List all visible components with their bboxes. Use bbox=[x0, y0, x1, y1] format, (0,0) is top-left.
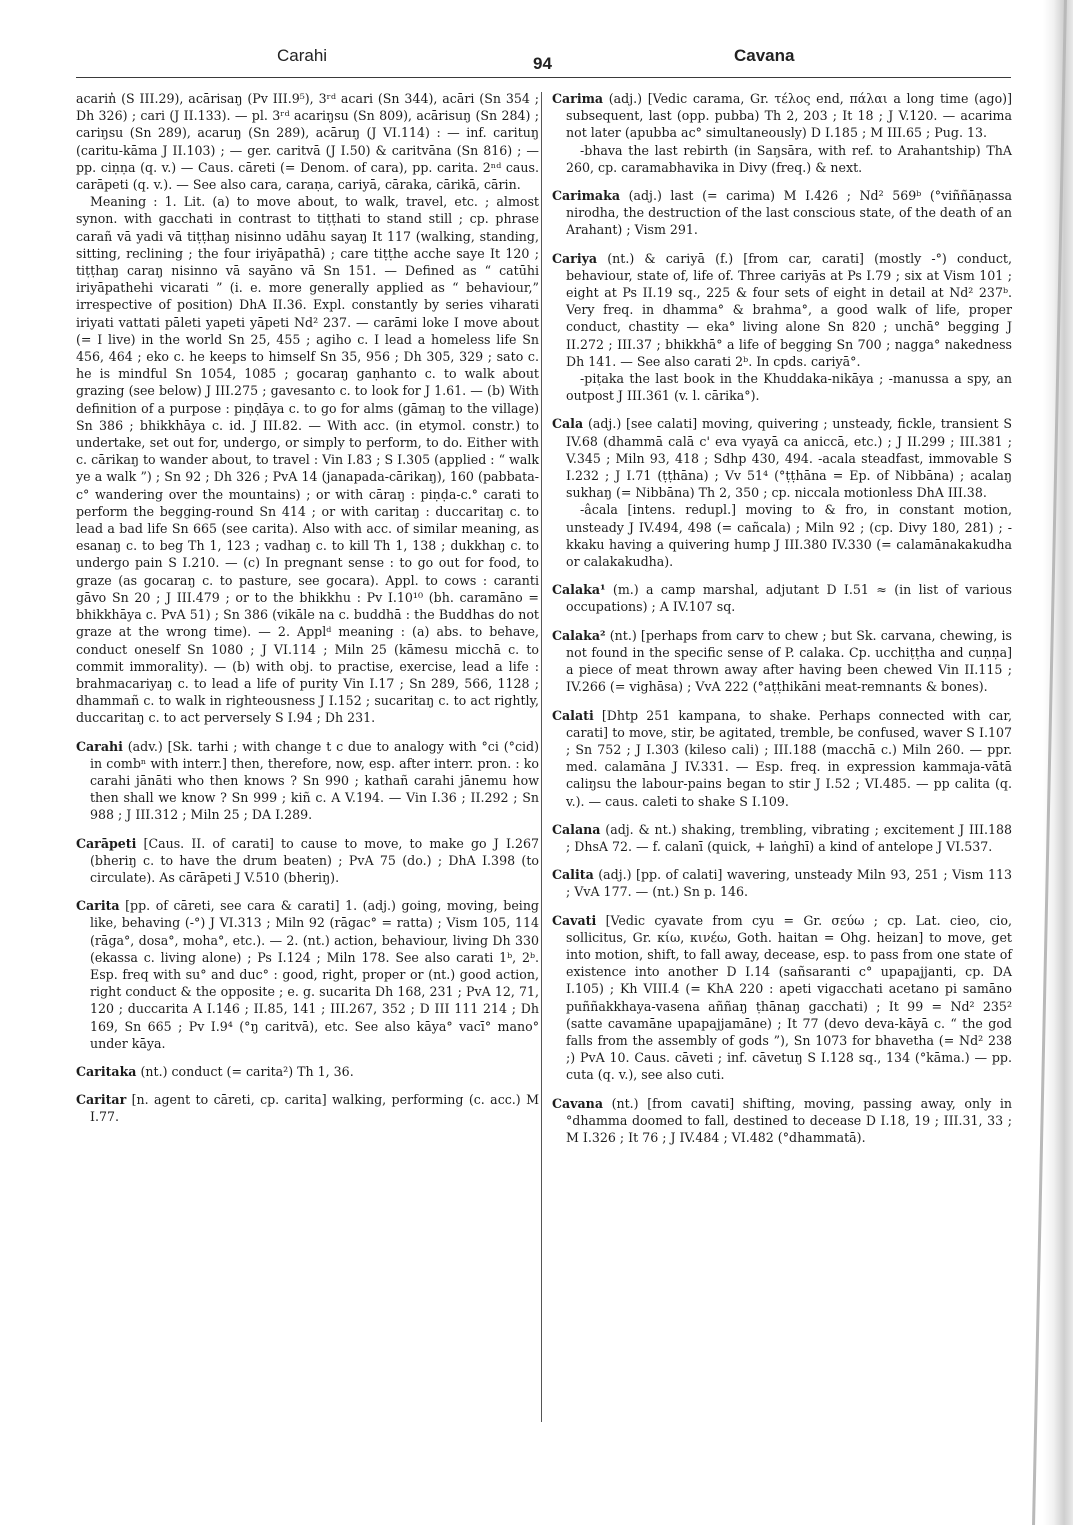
entry-text: acarin̓ (S III.29), acārisaŋ (Pv III.9⁵)… bbox=[76, 91, 539, 192]
running-head-left: Carahi bbox=[277, 46, 327, 66]
entry-body: Caritaka (nt.) conduct (= carita²) Th 1,… bbox=[90, 1063, 539, 1080]
entry-text: -bhava the last rebirth (in Saŋsāra, wit… bbox=[566, 143, 1012, 175]
dictionary-entry: Calaka¹ (m.) a camp marshal, adjutant D … bbox=[552, 581, 1012, 615]
entry-text: Meaning : 1. Lit. (a) to move about, to … bbox=[76, 194, 539, 725]
entry-text: [Dhtp 251 kampana, to shake. Perhaps con… bbox=[566, 708, 1012, 809]
entry-text: (nt.) [perhaps from carv to chew ; but S… bbox=[566, 628, 1012, 695]
entry-headword: Calati bbox=[552, 708, 594, 723]
dictionary-entry: Calana (adj. & nt.) shaking, trembling, … bbox=[552, 821, 1012, 855]
dictionary-entry: Calita (adj.) [pp. of calati] wavering, … bbox=[552, 866, 1012, 900]
entry-text: [Vedic cyavate from cyu = Gr. σεύω ; cp.… bbox=[566, 913, 1012, 1083]
entry-subsection: Meaning : 1. Lit. (a) to move about, to … bbox=[76, 193, 539, 726]
entry-body: Cavati [Vedic cyavate from cyu = Gr. σεύ… bbox=[566, 912, 1012, 1084]
dictionary-entry: acarin̓ (S III.29), acārisaŋ (Pv III.9⁵)… bbox=[76, 90, 539, 727]
entry-body: Calita (adj.) [pp. of calati] wavering, … bbox=[566, 866, 1012, 900]
entry-text: (m.) a camp marshal, adjutant D I.51 ≈ (… bbox=[566, 582, 1012, 614]
entry-subsection: -âcala [intens. redupl.] moving to & fro… bbox=[566, 501, 1012, 570]
dictionary-entry: Cariya (nt.) & cariyā (f.) [from car, ca… bbox=[552, 250, 1012, 405]
entry-headword: Carahi bbox=[76, 739, 123, 754]
entry-headword: Cariya bbox=[552, 251, 597, 266]
entry-body: acarin̓ (S III.29), acārisaŋ (Pv III.9⁵)… bbox=[76, 90, 539, 193]
entry-text: (adj.) [pp. of calati] wavering, unstead… bbox=[566, 867, 1012, 899]
dictionary-entry: Caritaka (nt.) conduct (= carita²) Th 1,… bbox=[76, 1063, 539, 1080]
entry-text: -piṭaka the last book in the Khuddaka-ni… bbox=[566, 371, 1012, 403]
entry-body: Cavana (nt.) [from cavati] shifting, mov… bbox=[566, 1095, 1012, 1147]
entry-headword: Calaka² bbox=[552, 628, 606, 643]
entry-text: (nt.) & cariyā (f.) [from car, carati] (… bbox=[566, 251, 1012, 369]
entry-body: Calaka¹ (m.) a camp marshal, adjutant D … bbox=[566, 581, 1012, 615]
dictionary-entry: Cavana (nt.) [from cavati] shifting, mov… bbox=[552, 1095, 1012, 1147]
entry-body: Calati [Dhtp 251 kampana, to shake. Perh… bbox=[566, 707, 1012, 810]
right-column: Carima (adj.) [Vedic carama, Gr. τέλος e… bbox=[552, 90, 1012, 1157]
entry-text: (adv.) [Sk. tarhi ; with change t c due … bbox=[90, 739, 539, 823]
entry-headword: Carimaka bbox=[552, 188, 620, 203]
entry-body: Carima (adj.) [Vedic carama, Gr. τέλος e… bbox=[566, 90, 1012, 142]
header-rule bbox=[76, 77, 1011, 78]
entry-body: Cala (adj.) [see calati] moving, quiveri… bbox=[566, 415, 1012, 501]
dictionary-entry: Carima (adj.) [Vedic carama, Gr. τέλος e… bbox=[552, 90, 1012, 176]
dictionary-entry: Carita [pp. of cāreti, see cara & carati… bbox=[76, 897, 539, 1052]
entry-headword: Caritar bbox=[76, 1092, 126, 1107]
entry-body: Carāpeti [Caus. II. of carati] to cause … bbox=[90, 835, 539, 887]
entry-headword: Cala bbox=[552, 416, 583, 431]
entry-text: (adj. & nt.) shaking, trembling, vibrati… bbox=[566, 822, 1012, 854]
entry-body: Caritar [n. agent to cāreti, cp. carita]… bbox=[90, 1091, 539, 1125]
entry-body: Calaka² (nt.) [perhaps from carv to chew… bbox=[566, 627, 1012, 696]
entry-text: (adj.) [Vedic carama, Gr. τέλος end, πάλ… bbox=[566, 91, 1012, 140]
entry-headword: Carāpeti bbox=[76, 836, 136, 851]
entry-text: (adj.) last (= carima) M I.426 ; Nd² 569… bbox=[566, 188, 1012, 237]
entry-subsection: -piṭaka the last book in the Khuddaka-ni… bbox=[566, 370, 1012, 404]
page-number: 94 bbox=[533, 54, 552, 74]
entry-headword: Calaka¹ bbox=[552, 582, 606, 597]
entry-headword: Carima bbox=[552, 91, 603, 106]
running-head-right: Cavana bbox=[734, 46, 794, 66]
column-divider bbox=[541, 92, 542, 1422]
dictionary-entry: Cavati [Vedic cyavate from cyu = Gr. σεύ… bbox=[552, 912, 1012, 1084]
dictionary-entry: Caritar [n. agent to cāreti, cp. carita]… bbox=[76, 1091, 539, 1125]
entry-text: (nt.) [from cavati] shifting, moving, pa… bbox=[566, 1096, 1012, 1145]
dictionary-entry: Cala (adj.) [see calati] moving, quiveri… bbox=[552, 415, 1012, 570]
entry-body: Carimaka (adj.) last (= carima) M I.426 … bbox=[566, 187, 1012, 239]
entry-text: [pp. of cāreti, see cara & carati] 1. (a… bbox=[90, 898, 539, 1051]
entry-headword: Caritaka bbox=[76, 1064, 136, 1079]
entry-body: Carahi (adv.) [Sk. tarhi ; with change t… bbox=[90, 738, 539, 824]
entry-headword: Calita bbox=[552, 867, 594, 882]
entry-headword: Cavati bbox=[552, 913, 596, 928]
dictionary-entry: Carimaka (adj.) last (= carima) M I.426 … bbox=[552, 187, 1012, 239]
dictionary-entry: Carāpeti [Caus. II. of carati] to cause … bbox=[76, 835, 539, 887]
entry-headword: Calana bbox=[552, 822, 600, 837]
entry-text: [Caus. II. of carati] to cause to move, … bbox=[90, 836, 539, 885]
left-column: acarin̓ (S III.29), acārisaŋ (Pv III.9⁵)… bbox=[76, 90, 539, 1137]
entry-text: [n. agent to cāreti, cp. carita] walking… bbox=[90, 1092, 539, 1124]
entry-text: (nt.) conduct (= carita²) Th 1, 36. bbox=[140, 1064, 353, 1079]
entry-body: Cariya (nt.) & cariyā (f.) [from car, ca… bbox=[566, 250, 1012, 370]
entry-subsection: -bhava the last rebirth (in Saŋsāra, wit… bbox=[566, 142, 1012, 176]
dictionary-entry: Carahi (adv.) [Sk. tarhi ; with change t… bbox=[76, 738, 539, 824]
entry-text: -âcala [intens. redupl.] moving to & fro… bbox=[566, 502, 1012, 569]
entry-headword: Cavana bbox=[552, 1096, 603, 1111]
entry-text: (adj.) [see calati] moving, quivering ; … bbox=[566, 416, 1012, 500]
entry-body: Carita [pp. of cāreti, see cara & carati… bbox=[90, 897, 539, 1052]
entry-headword: Carita bbox=[76, 898, 120, 913]
dictionary-entry: Calaka² (nt.) [perhaps from carv to chew… bbox=[552, 627, 1012, 696]
dictionary-entry: Calati [Dhtp 251 kampana, to shake. Perh… bbox=[552, 707, 1012, 810]
entry-body: Calana (adj. & nt.) shaking, trembling, … bbox=[566, 821, 1012, 855]
